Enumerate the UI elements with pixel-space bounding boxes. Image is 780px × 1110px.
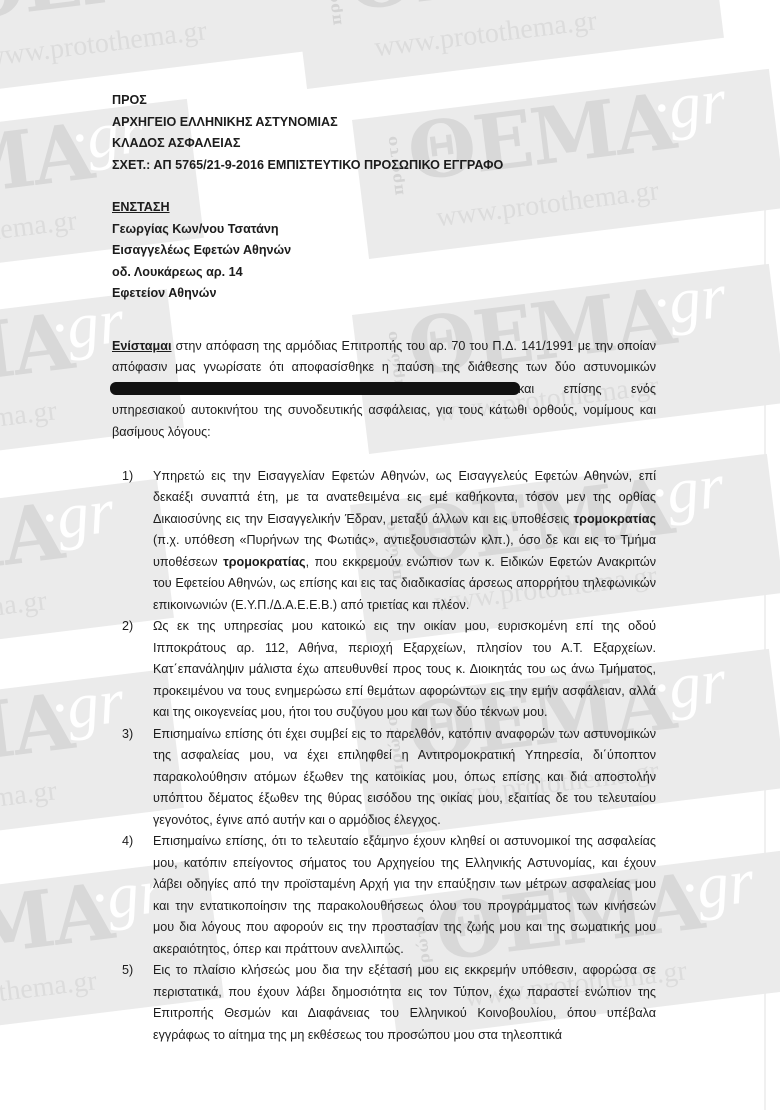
document-title: ΕΝΣΤΑΣΗ (112, 197, 656, 219)
watermark-proto-text: πρώτο (320, 0, 345, 26)
watermark-url: www.protothema.gr (0, 775, 59, 834)
point-text: Ως εκ της υπηρεσίας μου κατοικώ εις την … (153, 619, 656, 719)
watermark-suffix: ·gr (649, 69, 729, 141)
watermark-url: www.protothema.gr (0, 965, 99, 1024)
recipient-line-2: ΚΛΑΔΟΣ ΑΣΦΑΛΕΙΑΣ (112, 133, 656, 155)
protothema-watermark: πρώτοΘΕΜΑ·grwww.protothema.gr (290, 0, 724, 89)
intro-text-1: στην απόφαση της αρμόδιας Επιτροπής του … (112, 339, 656, 375)
reference-line: ΣΧΕΤ.: ΑΠ 5765/21-9-2016 ΕΜΠΙΣΤΕΥΤΙΚΟ ΠΡ… (112, 155, 656, 177)
point-text: Εις το πλαίσιο κλήσεώς μου δια την εξέτα… (153, 963, 656, 1042)
redaction-bar (110, 382, 520, 395)
watermark-url: www.protothema.gr (0, 395, 59, 454)
recipient-line-1: ΑΡΧΗΓΕΙΟ ΕΛΛΗΝΙΚΗΣ ΑΣΤΥΝΟΜΙΑΣ (112, 112, 656, 134)
document: ΠΡΟΣ ΑΡΧΗΓΕΙΟ ΕΛΛΗΝΙΚΗΣ ΑΣΤΥΝΟΜΙΑΣ ΚΛΑΔΟ… (112, 90, 656, 1046)
point-number: 3) (122, 724, 133, 746)
point-item: 5)Εις το πλαίσιο κλήσεώς μου δια την εξέ… (112, 960, 656, 1046)
sender-address: οδ. Λουκάρεως αρ. 14 (112, 262, 656, 284)
watermark-suffix: ·gr (37, 479, 117, 551)
emphasis-text: τρομοκρατίας (223, 555, 305, 569)
point-number: 5) (122, 960, 133, 982)
point-text: Επισημαίνω επίσης ότι έχει συμβεί εις το… (153, 727, 656, 827)
watermark-suffix: ·gr (649, 264, 729, 336)
point-item: 3)Επισημαίνω επίσης ότι έχει συμβεί εις … (112, 724, 656, 832)
intro-lead: Ενίσταμαι (112, 339, 171, 353)
sender-office: Εφετείον Αθηνών (112, 283, 656, 305)
watermark-url: www.protothema.gr (0, 585, 49, 644)
watermark-suffix: ·gr (677, 849, 757, 921)
protothema-watermark: πρώτοΘΕΜΑ·grwww.protothema.gr (0, 0, 334, 99)
to-label: ΠΡΟΣ (112, 90, 656, 112)
point-item: 2)Ως εκ της υπηρεσίας μου κατοικώ εις τη… (112, 616, 656, 724)
watermark-suffix: ·gr (647, 454, 727, 526)
emphasis-text: τρομοκρατίας (574, 512, 656, 526)
point-item: 4)Επισημαίνω επίσης, ότι το τελευταίο εξ… (112, 831, 656, 960)
sender-name: Γεωργίας Κων/νου Τσατάνη (112, 219, 656, 241)
points-list: 1) Υπηρετώ εις την Εισαγγελίαν Εφετών Αθ… (112, 466, 656, 1047)
point-number: 4) (122, 831, 133, 853)
point-number: 2) (122, 616, 133, 638)
point-text: Επισημαίνω επίσης, ότι το τελευταίο εξάμ… (153, 834, 656, 956)
point-number: 1) (122, 466, 133, 488)
point-item: 1) Υπηρετώ εις την Εισαγγελίαν Εφετών Αθ… (112, 466, 656, 617)
watermark-suffix: ·gr (649, 649, 729, 721)
watermark-url: www.protothema.gr (0, 205, 79, 264)
sender-position: Εισαγγελέως Εφετών Αθηνών (112, 240, 656, 262)
intro-paragraph: Ενίσταμαι στην απόφαση της αρμόδιας Επιτ… (112, 336, 656, 444)
